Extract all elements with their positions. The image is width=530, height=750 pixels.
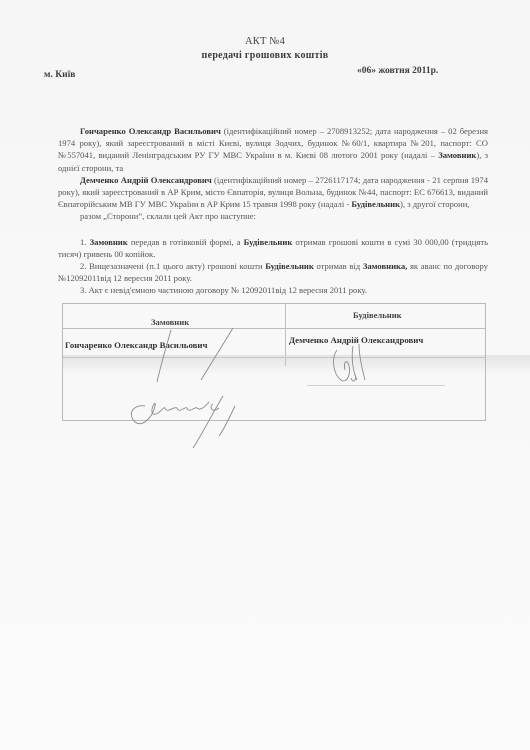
signature-table: Замовник Будівельник Гончаренко Олександ… (62, 303, 486, 421)
clause-bold: Замовник (90, 237, 128, 247)
party2-paragraph: Демченко Андрій Олександрович (ідентифік… (58, 174, 488, 211)
clause-bold: Будівельник (265, 261, 314, 271)
clause-2: 2. Вищезазначені (п.1 цього акту) грошов… (58, 260, 488, 284)
clause-number: 2. (80, 261, 89, 271)
clause-number: 1. (80, 237, 90, 247)
party2-role: Будівельник (351, 199, 400, 209)
clause-1: 1. Замовник передав в готівковій формі, … (58, 236, 488, 260)
party2-tail: ), з другої сторони, (400, 199, 469, 209)
document-city: м. Київ (44, 70, 75, 80)
clause-text: отримав від (314, 261, 363, 271)
party2-name: Демченко Андрій Олександрович (80, 175, 212, 185)
clause-number: 3. (80, 285, 89, 295)
document-subtitle: передачі грошових коштів (0, 50, 530, 61)
builder-header: Будівельник (353, 310, 402, 320)
builder-signature-icon (323, 344, 403, 394)
clause-text: Вищезазначені (п.1 цього акту) грошові к… (89, 261, 265, 271)
party1-paragraph: Гончаренко Олександр Васильович (ідентиф… (58, 125, 488, 174)
clause-text: передав в готівковій формі, а (128, 237, 244, 247)
scanned-document-page: АКТ №4 передачі грошових коштів м. Київ … (0, 0, 530, 750)
clause-text: Акт є невід'ємною частиною договору № 12… (89, 285, 367, 295)
together-line: разом „Сторони”, склали цей Акт про наст… (58, 210, 488, 222)
clause-3: 3. Акт є невід'ємною частиною договору №… (58, 284, 488, 296)
party1-name: Гончаренко Олександр Васильович (80, 126, 221, 136)
clause-bold: Будівельник (244, 237, 293, 247)
document-date: «06» жовтня 2011р. (357, 66, 438, 76)
customer-signature-icon (83, 324, 303, 454)
document-title: АКТ №4 (0, 36, 530, 47)
clause-bold: Замовника, (363, 261, 407, 271)
party1-role: Замовник (438, 150, 476, 160)
